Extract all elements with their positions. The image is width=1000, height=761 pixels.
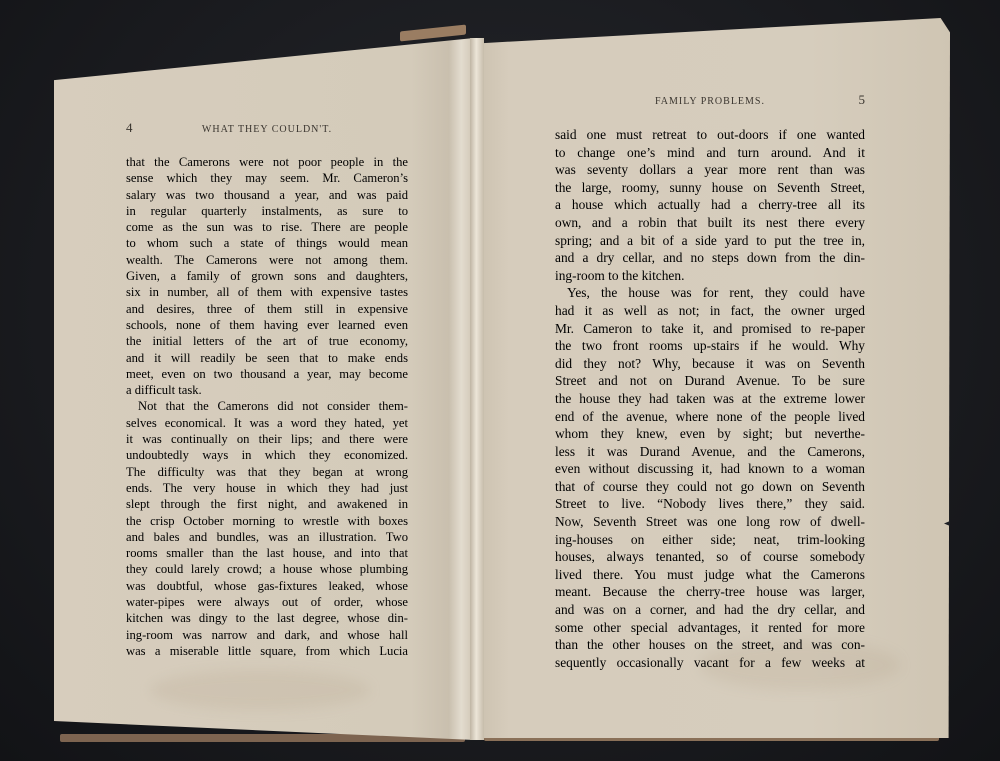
text-line: Given, a family of grown sons and daught… (126, 268, 408, 284)
text-line: that the Camerons were not poor people i… (126, 154, 408, 170)
text-line: had it as well as not; in fact, the owne… (555, 302, 865, 320)
text-line: it was continually on their lips; and th… (126, 431, 408, 447)
text-line: the large, roomy, sunny house on Seventh… (555, 179, 865, 197)
right-page-body: said one must retreat to out-doors if on… (555, 126, 865, 671)
right-page-content: 5 FAMILY PROBLEMS. 5 said one must retre… (555, 92, 865, 671)
book-spine-gutter (470, 38, 484, 740)
left-running-head: 4 WHAT THEY COULDN'T. 4 (126, 120, 408, 136)
text-line: the house they had taken was at the extr… (555, 390, 865, 408)
running-head-title: FAMILY PROBLEMS. (562, 96, 859, 107)
text-line: undoubtedly ways in which they economize… (126, 447, 408, 463)
text-line: slept through the first night, and awake… (126, 496, 408, 512)
text-line: selves economical. It was a word they ha… (126, 415, 408, 431)
text-line: than the other houses on the street, and… (555, 636, 865, 654)
text-line: and a dry cellar, and no steps down from… (555, 249, 865, 267)
text-line: and desires, three of them still in expe… (126, 301, 408, 317)
text-line: salary was two thousand a year, and was … (126, 187, 408, 203)
left-page-body: that the Camerons were not poor people i… (126, 154, 408, 659)
page-number: 5 (859, 92, 866, 108)
text-line: and it will readily be seen that to make… (126, 350, 408, 366)
text-line: Not that the Camerons did not consider t… (126, 398, 408, 414)
text-line: houses, always tenanted, so of course so… (555, 548, 865, 566)
text-line: water-pipes were always out of order, wh… (126, 594, 408, 610)
text-line: come as the sun was to rise. There are p… (126, 219, 408, 235)
text-line: kitchen was dingy to the last degree, wh… (126, 610, 408, 626)
text-line: rooms smaller than the last house, and i… (126, 545, 408, 561)
text-line: ing-houses on either side; neat, trim-lo… (555, 531, 865, 549)
text-line: Now, Seventh Street was one long row of … (555, 513, 865, 531)
text-line: did they not? Why, because it was on Sev… (555, 355, 865, 373)
text-line: Street and not on Durand Avenue. To be s… (555, 372, 865, 390)
text-line: and was on a corner, and had the dry cel… (555, 601, 865, 619)
text-line: was doubtful, whose gas-fixtures leaked,… (126, 578, 408, 594)
text-line: to change one’s mind and turn around. An… (555, 144, 865, 162)
text-line: Yes, the house was for rent, they could … (555, 284, 865, 302)
text-line: Mr. Cameron to take it, and promised to … (555, 320, 865, 338)
text-line: and bales and bundles, was an illustrati… (126, 529, 408, 545)
text-line: was seventy dollars a year more rent tha… (555, 161, 865, 179)
text-line: was a miserable little square, from whic… (126, 643, 408, 659)
text-line: Street to live. “Nobody lives there,” th… (555, 495, 865, 513)
text-line: own, and a robin that built its nest the… (555, 214, 865, 232)
text-line: The difficulty was that they began at wr… (126, 464, 408, 480)
right-running-head: 5 FAMILY PROBLEMS. 5 (555, 92, 865, 108)
text-line: wealth. The Camerons were not among them… (126, 252, 408, 268)
text-line: the initial letters of the art of true e… (126, 333, 408, 349)
text-line: lived there. You must judge what the Cam… (555, 566, 865, 584)
text-line: to whom such a state of things would mea… (126, 235, 408, 251)
text-line: a house which actually had a cherry-tree… (555, 196, 865, 214)
text-line: in regular quarterly instalments, as sur… (126, 203, 408, 219)
text-line: said one must retreat to out-doors if on… (555, 126, 865, 144)
text-line: ing-room to the kitchen. (555, 267, 865, 285)
text-line: sequently occasionally vacant for a few … (555, 654, 865, 672)
text-line: the crisp October morning to wrestle wit… (126, 513, 408, 529)
text-line: meet, even on two thousand a year, may b… (126, 366, 408, 382)
text-line: whom they knew, even by sight; but never… (555, 425, 865, 443)
paper-stain (150, 670, 370, 710)
text-line: less it was Durand Avenue, and the Camer… (555, 443, 865, 461)
running-head-title: WHAT THEY COULDN'T. (133, 124, 402, 135)
text-line: ends. The very house in which they had j… (126, 480, 408, 496)
text-line: that of course they could not go down on… (555, 478, 865, 496)
text-line: sense which they may seem. Mr. Cameron’s (126, 170, 408, 186)
text-line: spring; and a bit of a side yard to put … (555, 232, 865, 250)
text-line: the two front rooms up-stairs if he woul… (555, 337, 865, 355)
text-line: end of the avenue, where none of the peo… (555, 408, 865, 426)
text-line: some other special advantages, it rented… (555, 619, 865, 637)
text-line: six in number, all of them with expensiv… (126, 284, 408, 300)
text-line: they could larely crowd; a house whose p… (126, 561, 408, 577)
text-line: schools, none of them having ever learne… (126, 317, 408, 333)
text-line: even without discussing it, had known to… (555, 460, 865, 478)
text-line: meant. Because the cherry-tree house was… (555, 583, 865, 601)
text-line: a difficult task. (126, 382, 408, 398)
text-line: ing-room was narrow and dark, and whose … (126, 627, 408, 643)
left-page-content: 4 WHAT THEY COULDN'T. 4 that the Cameron… (126, 120, 408, 659)
